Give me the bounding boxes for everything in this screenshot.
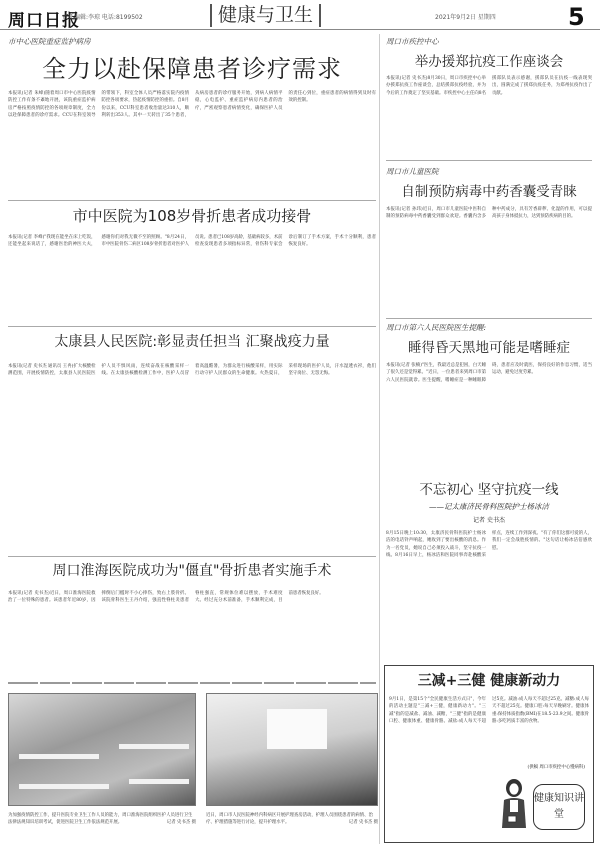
photo-credit: 记者 史书杰 摄 xyxy=(349,819,378,826)
story-body: 本报讯(记者 史书杰)8月30日，周口市疾控中心举办援郑抗疫工作座谈会，总结援郑… xyxy=(386,75,592,155)
divider xyxy=(8,556,376,557)
column-divider xyxy=(379,34,380,844)
story-headline: 不忘初心 坚守抗疫一线 xyxy=(386,478,592,498)
story-kicker: 周口市疾控中心 xyxy=(386,36,592,47)
masthead: 周口日报 责任编辑:李琼 电话:8199502 健康与卫生 2021年9月2日 … xyxy=(0,0,600,30)
cartoon-doctor-icon xyxy=(499,778,529,830)
divider xyxy=(386,160,592,161)
story-body: 本报讯(记者 朱峰)随着周口市中心医院疫情防控工作有条不紊地开展，该院重症监护病… xyxy=(8,90,376,200)
caption-text: 近日，周口市人民医院神经内科病区开展护理查房活动，护理人员围绕患者的病情、治疗、… xyxy=(206,813,373,825)
story-headline: 太康县人民医院:彰显责任担当 汇聚战疫力量 xyxy=(8,331,376,351)
story-headline: 周口淮海医院成功为"僵直"骨折患者实施手术 xyxy=(8,560,376,580)
photo-caption: 近日，周口市人民医院神经内科病区开展护理查房活动，护理人员围绕患者的病情、治疗、… xyxy=(206,812,378,826)
story-body: 本报讯(记者 孙玮)近日，周口市儿童医院中医科自制的预防病毒中药香囊受到群众欢迎… xyxy=(386,206,592,301)
caption-text: 为加强疫情防控工作，提升医院专业卫生工作人员的能力，周口淮海医院组织医护人员进行… xyxy=(8,813,192,825)
box-source: (供稿 周口市疾控中心慢病科) xyxy=(527,764,585,770)
story-headline: 全力以赴保障患者诊疗需求 xyxy=(8,49,376,84)
health-info-box: 三减+三健 健康新动力 9月1日，是第15个"全民健康生活方式日"，今年的活动主… xyxy=(384,665,594,843)
story-headline: 睡得昏天黑地可能是嗜睡症 xyxy=(386,336,592,356)
photo-caption: 为加强疫情防控工作，提升医院专业卫生工作人员的能力，周口淮海医院组织医护人员进行… xyxy=(8,812,196,826)
story-subhead: ——记太康济民骨科医院护士杨冰洁 xyxy=(386,501,592,512)
story-headline: 市中医院为108岁骨折患者成功接骨 xyxy=(8,205,376,226)
divider xyxy=(8,326,376,327)
editor-info: 责任编辑:李琼 电话:8199502 xyxy=(62,12,143,21)
divider xyxy=(386,318,592,319)
dashed-divider xyxy=(8,682,376,684)
story-body: 本报讯(记者 李峰)"我现在能坐在床上吃饭，还能坐起来说话了，感谢医治的神医大夫… xyxy=(8,234,376,326)
story-body: 本报讯(记者 张楠)"医生，我最近总是犯困，白天睡了很久还是觉得累。"近日，一位… xyxy=(386,362,592,477)
divider xyxy=(8,200,376,201)
story-kicker: 周口市儿童医院 xyxy=(386,166,592,177)
issue-date: 2021年9月2日 星期四 xyxy=(435,12,496,21)
page-number: 5 xyxy=(568,3,585,31)
story-byline: 记者 史书杰 xyxy=(386,515,592,524)
story-fracture: 市中医院为108岁骨折患者成功接骨 本报讯(记者 李峰)"我现在能坐在床上吃饭，… xyxy=(8,205,376,326)
story-nurse: 不忘初心 坚守抗疫一线 ——记太康济民骨科医院护士杨冰洁 记者 史书杰 8月15… xyxy=(386,475,592,660)
story-main: 市中心医院重症监护病房 全力以赴保障患者诊疗需求 本报讯(记者 朱峰)随着周口市… xyxy=(8,36,376,200)
story-cdc: 周口市疾控中心 举办援郑抗疫工作座谈会 本报讯(记者 史书杰)8月30日，周口市… xyxy=(386,36,592,155)
story-headline: 自制预防病毒中药香囊受青睐 xyxy=(386,180,592,200)
story-taikang: 太康县人民医院:彰显责任担当 汇聚战疫力量 本报讯(记者 史书杰 通讯员 王冉)… xyxy=(8,331,376,563)
story-body: 本报讯(记者 史书杰 通讯员 王冉)扩大核酸检测范围，开展疫情防控，太康县人民医… xyxy=(8,363,376,563)
story-kicker: 市中心医院重症监护病房 xyxy=(8,36,376,47)
story-body: 8月15日晚上10:30，太康济民骨科医院护士杨冰洁的电话铃声响起，她收到了要出… xyxy=(386,530,592,660)
speech-bubble: 健康知识讲堂 xyxy=(533,784,585,830)
photo-credit: 记者 史书杰 摄 xyxy=(167,819,196,826)
photo-exam-room xyxy=(8,693,196,806)
story-children: 周口市儿童医院 自制预防病毒中药香囊受青睐 本报讯(记者 孙玮)近日，周口市儿童… xyxy=(386,166,592,301)
story-sleep: 周口市第六人民医院医生提醒: 睡得昏天黑地可能是嗜睡症 本报讯(记者 张楠)"医… xyxy=(386,322,592,477)
story-body: 本报讯(记者 史书杰)近日，周口淮海医院救治了一位特殊的患者。该患者年近80岁，… xyxy=(8,590,376,690)
story-kicker: 周口市第六人民医院医生提醒: xyxy=(386,322,592,333)
photo-hospital-ward xyxy=(206,693,378,806)
story-huaihai: 周口淮海医院成功为"僵直"骨折患者实施手术 本报讯(记者 史书杰)近日，周口淮海… xyxy=(8,560,376,690)
section-title: 健康与卫生 xyxy=(210,4,321,27)
story-headline: 举办援郑抗疫工作座谈会 xyxy=(386,50,592,70)
box-headline: 三减+三健 健康新动力 xyxy=(389,670,589,690)
